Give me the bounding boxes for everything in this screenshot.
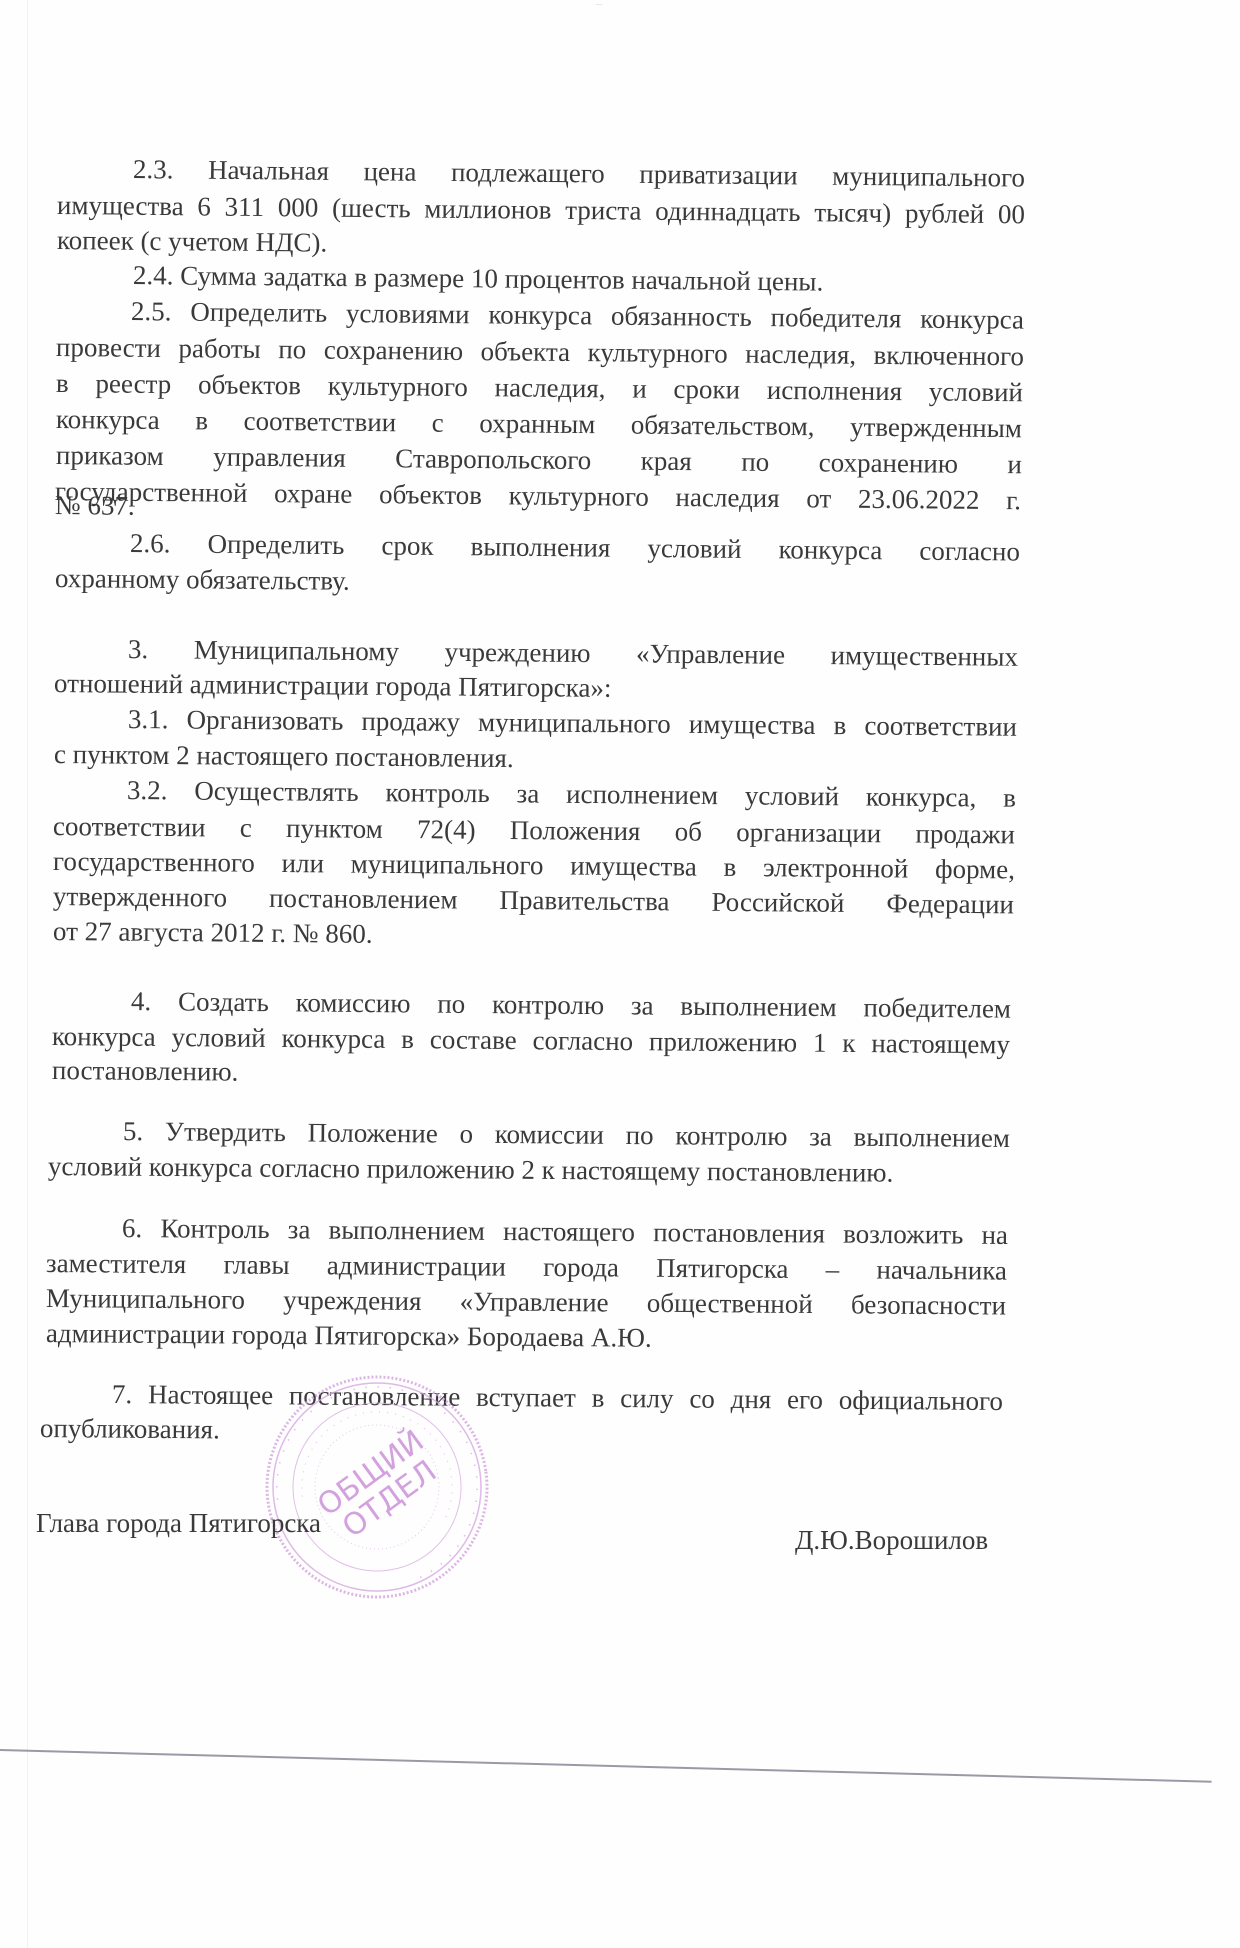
- p4-line-2: конкурса условий конкурса в составе согл…: [52, 1021, 1010, 1059]
- p5-line-1: 5. Утвердить Положение о комиссии по кон…: [123, 1116, 1010, 1153]
- p7-line-2: опубликования.: [40, 1413, 220, 1444]
- p2-3-line-1: 2.3. Начальная цена подлежащего приватиз…: [133, 154, 1025, 193]
- p3-2-line-4: утвержденного постановлением Правительст…: [53, 881, 1014, 919]
- document-page: — 2.3. Начальная цена подлежащего приват…: [0, 0, 1240, 1948]
- bottom-rule-divider: [0, 1749, 1212, 1783]
- p4-line-1: 4. Создать комиссию по контролю за выпол…: [131, 986, 1011, 1024]
- p2-5-line-4: конкурса в соответствии с охранным обяза…: [56, 404, 1022, 443]
- p5-line-2: условий конкурса согласно приложению 2 к…: [48, 1151, 894, 1188]
- p3-line-2: отношений администрации города Пятигорск…: [54, 668, 612, 703]
- p2-5-line-2: провести работы по сохранению объекта ку…: [56, 332, 1024, 371]
- signature-position: Глава города Пятигорска: [36, 1508, 321, 1538]
- p3-2-line-5: от 27 августа 2012 г. № 860.: [53, 916, 373, 949]
- p7-line-1: 7. Настоящее постановление вступает в си…: [112, 1379, 1003, 1416]
- p2-5-line-6: государственной охране объектов культурн…: [55, 476, 1021, 515]
- p2-6-line-1: 2.6. Определить срок выполнения условий …: [130, 528, 1020, 567]
- p2-5-line-5: приказом управления Ставропольского края…: [56, 440, 1022, 479]
- p2-5-line-3: в реестр объектов культурного наследия, …: [56, 368, 1023, 407]
- signature-name: Д.Ю.Ворошилов: [795, 1525, 988, 1555]
- official-stamp-icon: · · · · · · · · · · · · · · · · · · · · …: [247, 1357, 507, 1617]
- p3-2-line-1: 3.2. Осуществлять контроль за исполнение…: [127, 775, 1016, 813]
- p3-1-line-1: 3.1. Организовать продажу муниципального…: [128, 704, 1017, 742]
- p3-2-line-2: соответствии с пунктом 72(4) Положения о…: [53, 811, 1015, 849]
- p2-3-line-3: копеек (с учетом НДС).: [57, 225, 328, 258]
- p2-4-line-1: 2.4. Сумма задатка в размере 10 проценто…: [133, 260, 824, 297]
- p3-2-line-3: государственного или муниципального имущ…: [53, 846, 1015, 884]
- p3-1-line-2: с пунктом 2 настоящего постановления.: [54, 739, 514, 773]
- p6-line-1: 6. Контроль за выполнением настоящего по…: [122, 1213, 1008, 1250]
- p3-line-1: 3. Муниципальному учреждению «Управление…: [128, 634, 1018, 672]
- scan-edge: [27, 0, 28, 1948]
- p2-5-line-1: 2.5. Определить условиями конкурса обяза…: [131, 296, 1024, 335]
- top-mark: —: [596, 2, 603, 8]
- p2-3-line-2: имущества 6 311 000 (шесть миллионов три…: [57, 190, 1025, 229]
- p4-line-3: постановлению.: [52, 1055, 239, 1087]
- p2-6-line-2: охранному обязательству.: [55, 563, 350, 596]
- p6-line-2: заместителя главы администрации города П…: [46, 1248, 1007, 1286]
- p6-line-3: Муниципального учреждения «Управление об…: [46, 1283, 1006, 1321]
- p6-line-4: администрации города Пятигорска» Бородае…: [46, 1318, 652, 1353]
- p2-5-line-7: № 637.: [55, 490, 135, 521]
